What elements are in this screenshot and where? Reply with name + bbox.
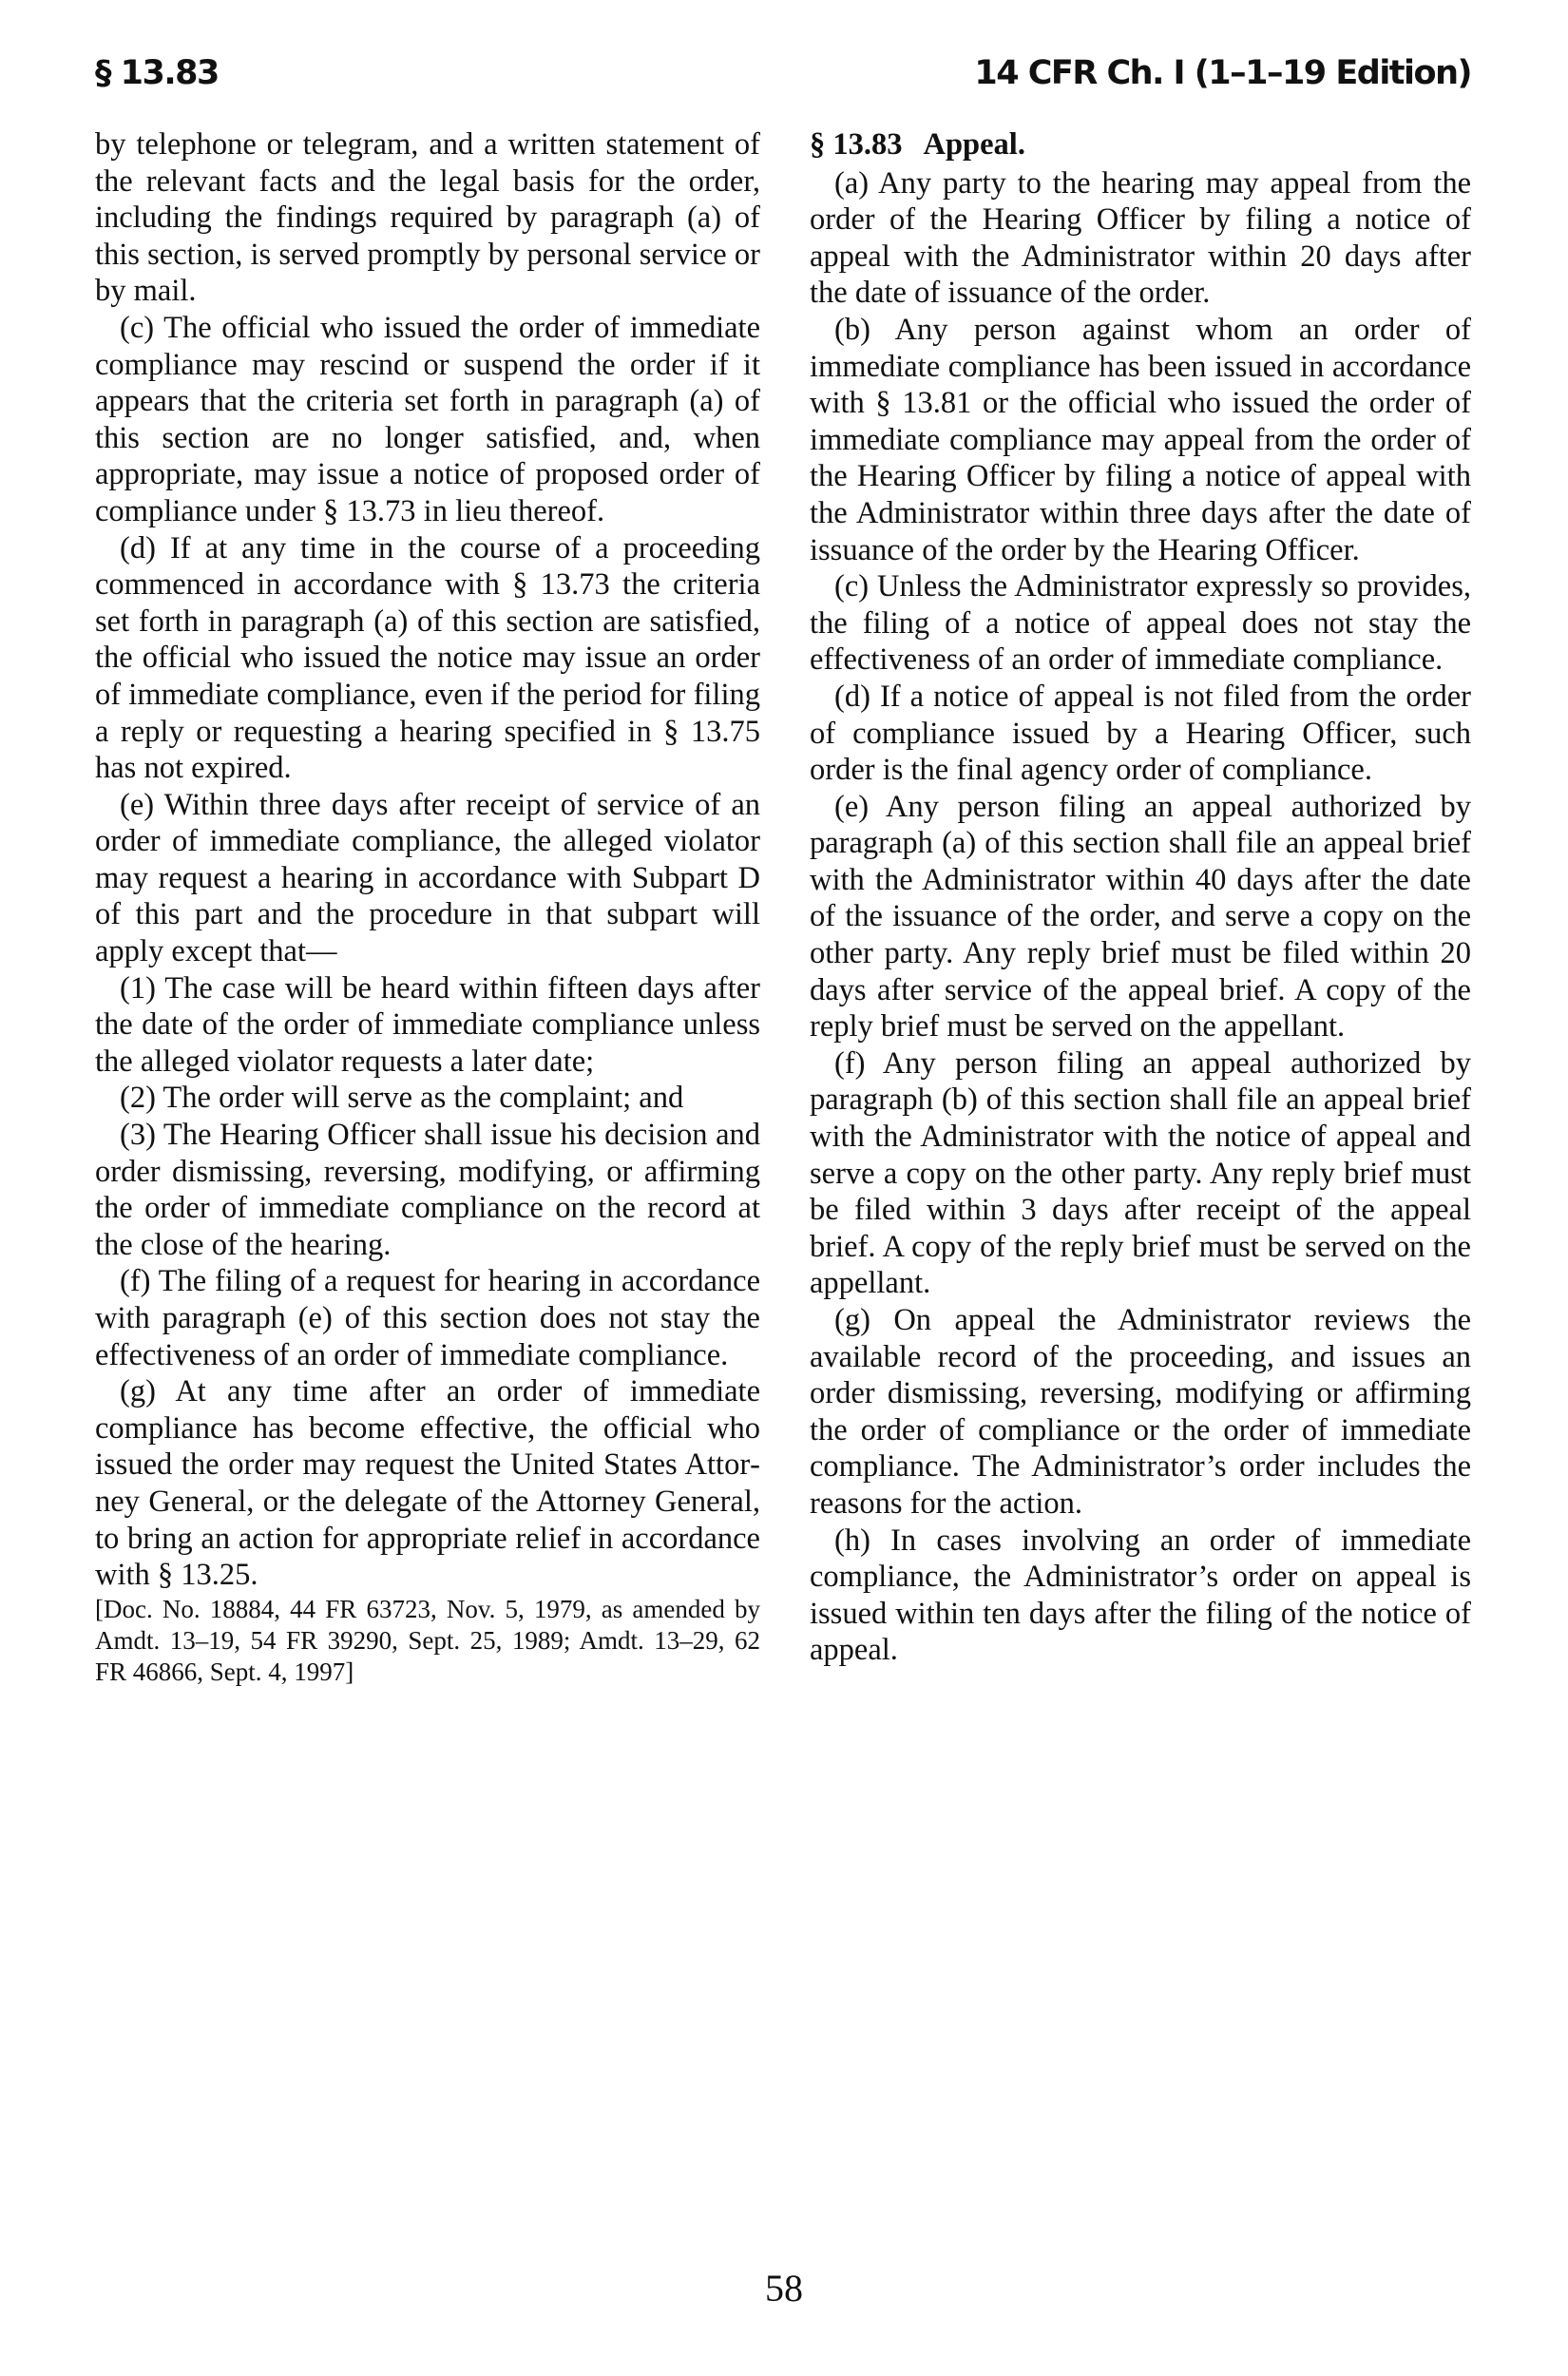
left-column: by telephone or telegram, and a writ­ten… (95, 126, 760, 1688)
appeal-paragraph-a: (a) Any party to the hearing may ap­peal… (810, 165, 1471, 312)
paragraph-f: (f) The filing of a request for hearing … (95, 1263, 760, 1373)
appeal-paragraph-h: (h) In cases involving an order of im­me… (810, 1523, 1471, 1669)
section-heading-number: § 13.83 (810, 127, 903, 162)
appeal-paragraph-b: (b) Any person against whom an order of … (810, 312, 1471, 568)
paragraph-b-continuation: by telephone or telegram, and a writ­ten… (95, 126, 760, 310)
appeal-paragraph-d: (d) If a notice of appeal is not filed f… (810, 679, 1471, 789)
paragraph-d: (d) If at any time in the course of a pr… (95, 530, 760, 787)
section-heading-title: Appeal. (924, 127, 1025, 162)
appeal-paragraph-e: (e) Any person filing an appeal au­thori… (810, 789, 1471, 1045)
right-column: § 13.83Appeal. (a) Any party to the hear… (810, 126, 1471, 1669)
paragraph-e-1: (1) The case will be heard within fif­te… (95, 970, 760, 1081)
header-section-number: § 13.83 (95, 49, 219, 97)
appeal-paragraph-c: (c) Unless the Administrator ex­pressly … (810, 568, 1471, 679)
source-citation: [Doc. No. 18884, 44 FR 63723, Nov. 5, 19… (95, 1594, 760, 1688)
appeal-paragraph-g: (g) On appeal the Administrator re­views… (810, 1302, 1471, 1523)
paragraph-c: (c) The official who issued the order of… (95, 310, 760, 530)
paragraph-e-3: (3) The Hearing Officer shall issue his … (95, 1117, 760, 1263)
running-header: § 13.83 14 CFR Ch. I (1–1–19 Edition) (95, 49, 1471, 97)
section-heading: § 13.83Appeal. (810, 126, 1471, 163)
header-edition-title: 14 CFR Ch. I (1–1–19 Edition) (974, 49, 1471, 97)
appeal-paragraph-f: (f) Any person filing an appeal au­thori… (810, 1045, 1471, 1302)
paragraph-e-2: (2) The order will serve as the com­plai… (95, 1080, 760, 1117)
paragraph-e: (e) Within three days after receipt of s… (95, 787, 760, 970)
paragraph-g: (g) At any time after an order of im­med… (95, 1373, 760, 1594)
page-number: 58 (0, 2265, 1568, 2312)
